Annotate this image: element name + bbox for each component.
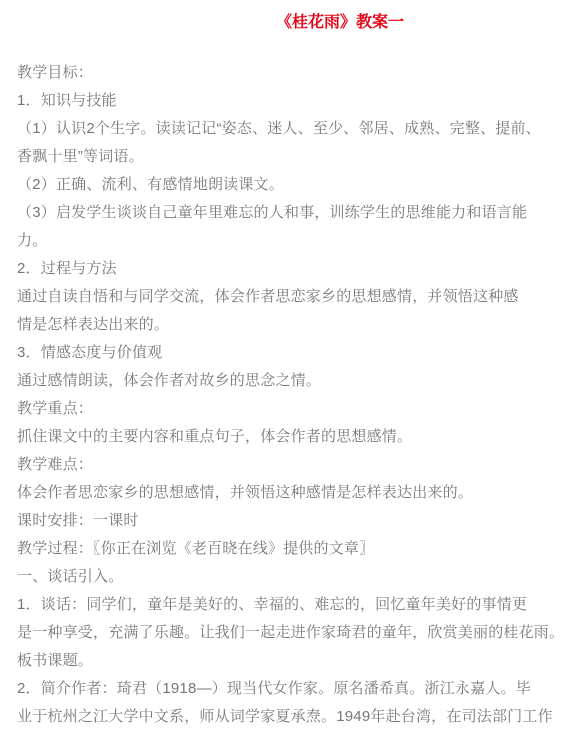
text-line: 2．简介作者：琦君（1918—）现当代女作家。原名潘希真。浙江永嘉人。毕 [17, 675, 576, 703]
text-line: 业于杭州之江大学中文系，师从词学家夏承焘。1949年赴台湾，在司法部门工作 [17, 703, 576, 731]
text-line: 一、谈话引入。 [17, 563, 576, 591]
text-line: 教学目标： [17, 59, 576, 87]
text-line: 教学过程：〖你正在浏览《老百晓在线》提供的文章〗 [17, 535, 576, 563]
text-line: 1．知识与技能 [17, 87, 576, 115]
text-line: （2）正确、流利、有感情地朗读课文。 [17, 171, 576, 199]
text-line: 体会作者思恋家乡的思想感情，并领悟这种感情是怎样表达出来的。 [17, 479, 576, 507]
text-line: 3．情感态度与价值观 [17, 339, 576, 367]
document-body: 教学目标： 1．知识与技能 （1）认识2个生字。读读记记“姿态、迷人、至少、邻居… [0, 59, 586, 731]
text-line: （3）启发学生谈谈自己童年里难忘的人和事，训练学生的思维能力和语言能 [17, 199, 576, 227]
text-line: 教学重点： [17, 395, 576, 423]
text-line: 板书课题。 [17, 647, 576, 675]
text-line: 通过感情朗读，体会作者对故乡的思念之情。 [17, 367, 576, 395]
text-line: 2．过程与方法 [17, 255, 576, 283]
text-line: 课时安排：一课时 [17, 507, 576, 535]
text-line: 教学难点： [17, 451, 576, 479]
text-line: 力。 [17, 227, 576, 255]
text-line: 通过自读自悟和与同学交流，体会作者思恋家乡的思想感情，并领悟这种感 [17, 283, 576, 311]
title-row: 《桂花雨》教案一 [0, 0, 586, 32]
lesson-plan-page: 《桂花雨》教案一 教学目标： 1．知识与技能 （1）认识2个生字。读读记记“姿态… [0, 0, 586, 737]
text-line: 香飘十里”等词语。 [17, 143, 576, 171]
text-line: （1）认识2个生字。读读记记“姿态、迷人、至少、邻居、成熟、完整、提前、 [17, 115, 576, 143]
document-title: 《桂花雨》教案一 [276, 13, 404, 32]
text-line: 1．谈话：同学们，童年是美好的、幸福的、难忘的，回忆童年美好的事情更 [17, 591, 576, 619]
text-line: 情是怎样表达出来的。 [17, 311, 576, 339]
text-line: 是一种享受，充满了乐趣。让我们一起走进作家琦君的童年，欣赏美丽的桂花雨。 [17, 619, 576, 647]
text-line: 抓住课文中的主要内容和重点句子，体会作者的思想感情。 [17, 423, 576, 451]
